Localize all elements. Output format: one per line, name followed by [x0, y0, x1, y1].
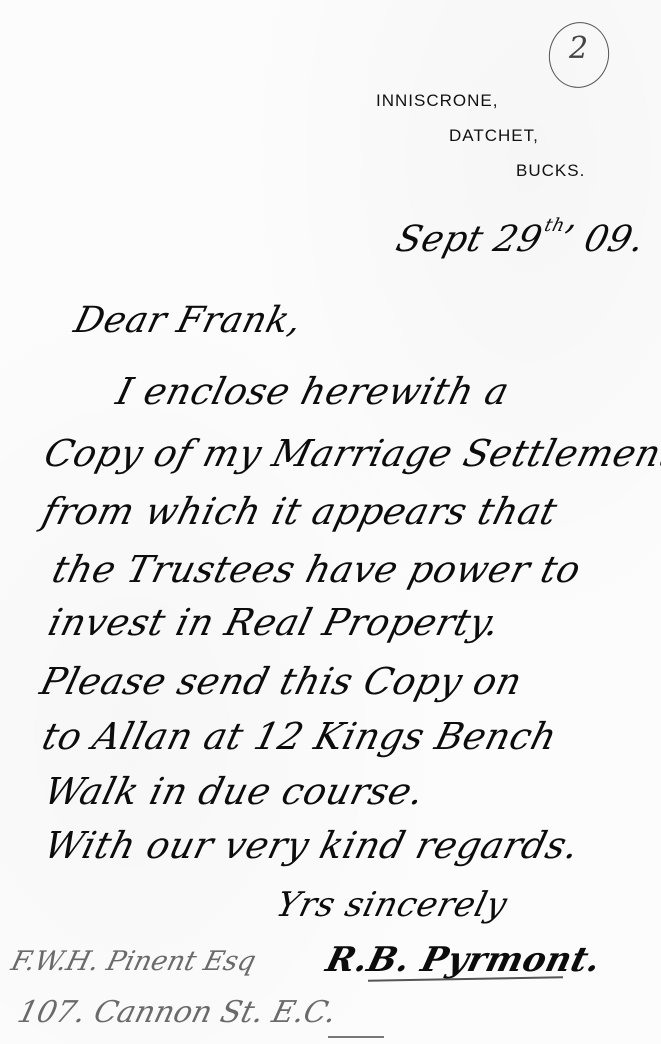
body-line: the Trustees have power to [48, 548, 585, 591]
letterhead-town: DATCHET, [449, 126, 539, 146]
date-main: Sept 29 [392, 219, 546, 260]
body-line: Walk in due course. [40, 770, 429, 813]
salutation: Dear Frank, [70, 300, 306, 341]
addressee-address: 107. Cannon St. E.C. [14, 995, 340, 1030]
letter-page: 2 INNISCRONE, DATCHET, BUCKS. Sept 29th’… [0, 0, 661, 1044]
body-line: Please send this Copy on [36, 660, 527, 703]
body-line: Copy of my Marriage Settlement, [40, 432, 661, 475]
address-underline [328, 1036, 384, 1038]
body-line: I enclose herewith a [112, 370, 514, 413]
letterhead-county: BUCKS. [516, 161, 585, 181]
signature: R.B. Pyrmont. [322, 940, 605, 980]
addressee-name: F.W.H. Pinent Esq [8, 946, 259, 977]
body-line: to Allan at 12 Kings Bench [38, 715, 561, 758]
body-line: from which it appears that [38, 490, 562, 533]
closing: Yrs sincerely [272, 885, 511, 925]
letterhead-house: INNISCRONE, [376, 91, 498, 111]
date-year: ’ 09. [556, 219, 649, 260]
body-line: With our very kind regards. [40, 824, 584, 867]
folio-number: 2 [569, 31, 588, 66]
body-line: invest in Real Property. [44, 601, 504, 644]
letter-date: Sept 29th’ 09. [392, 215, 650, 260]
